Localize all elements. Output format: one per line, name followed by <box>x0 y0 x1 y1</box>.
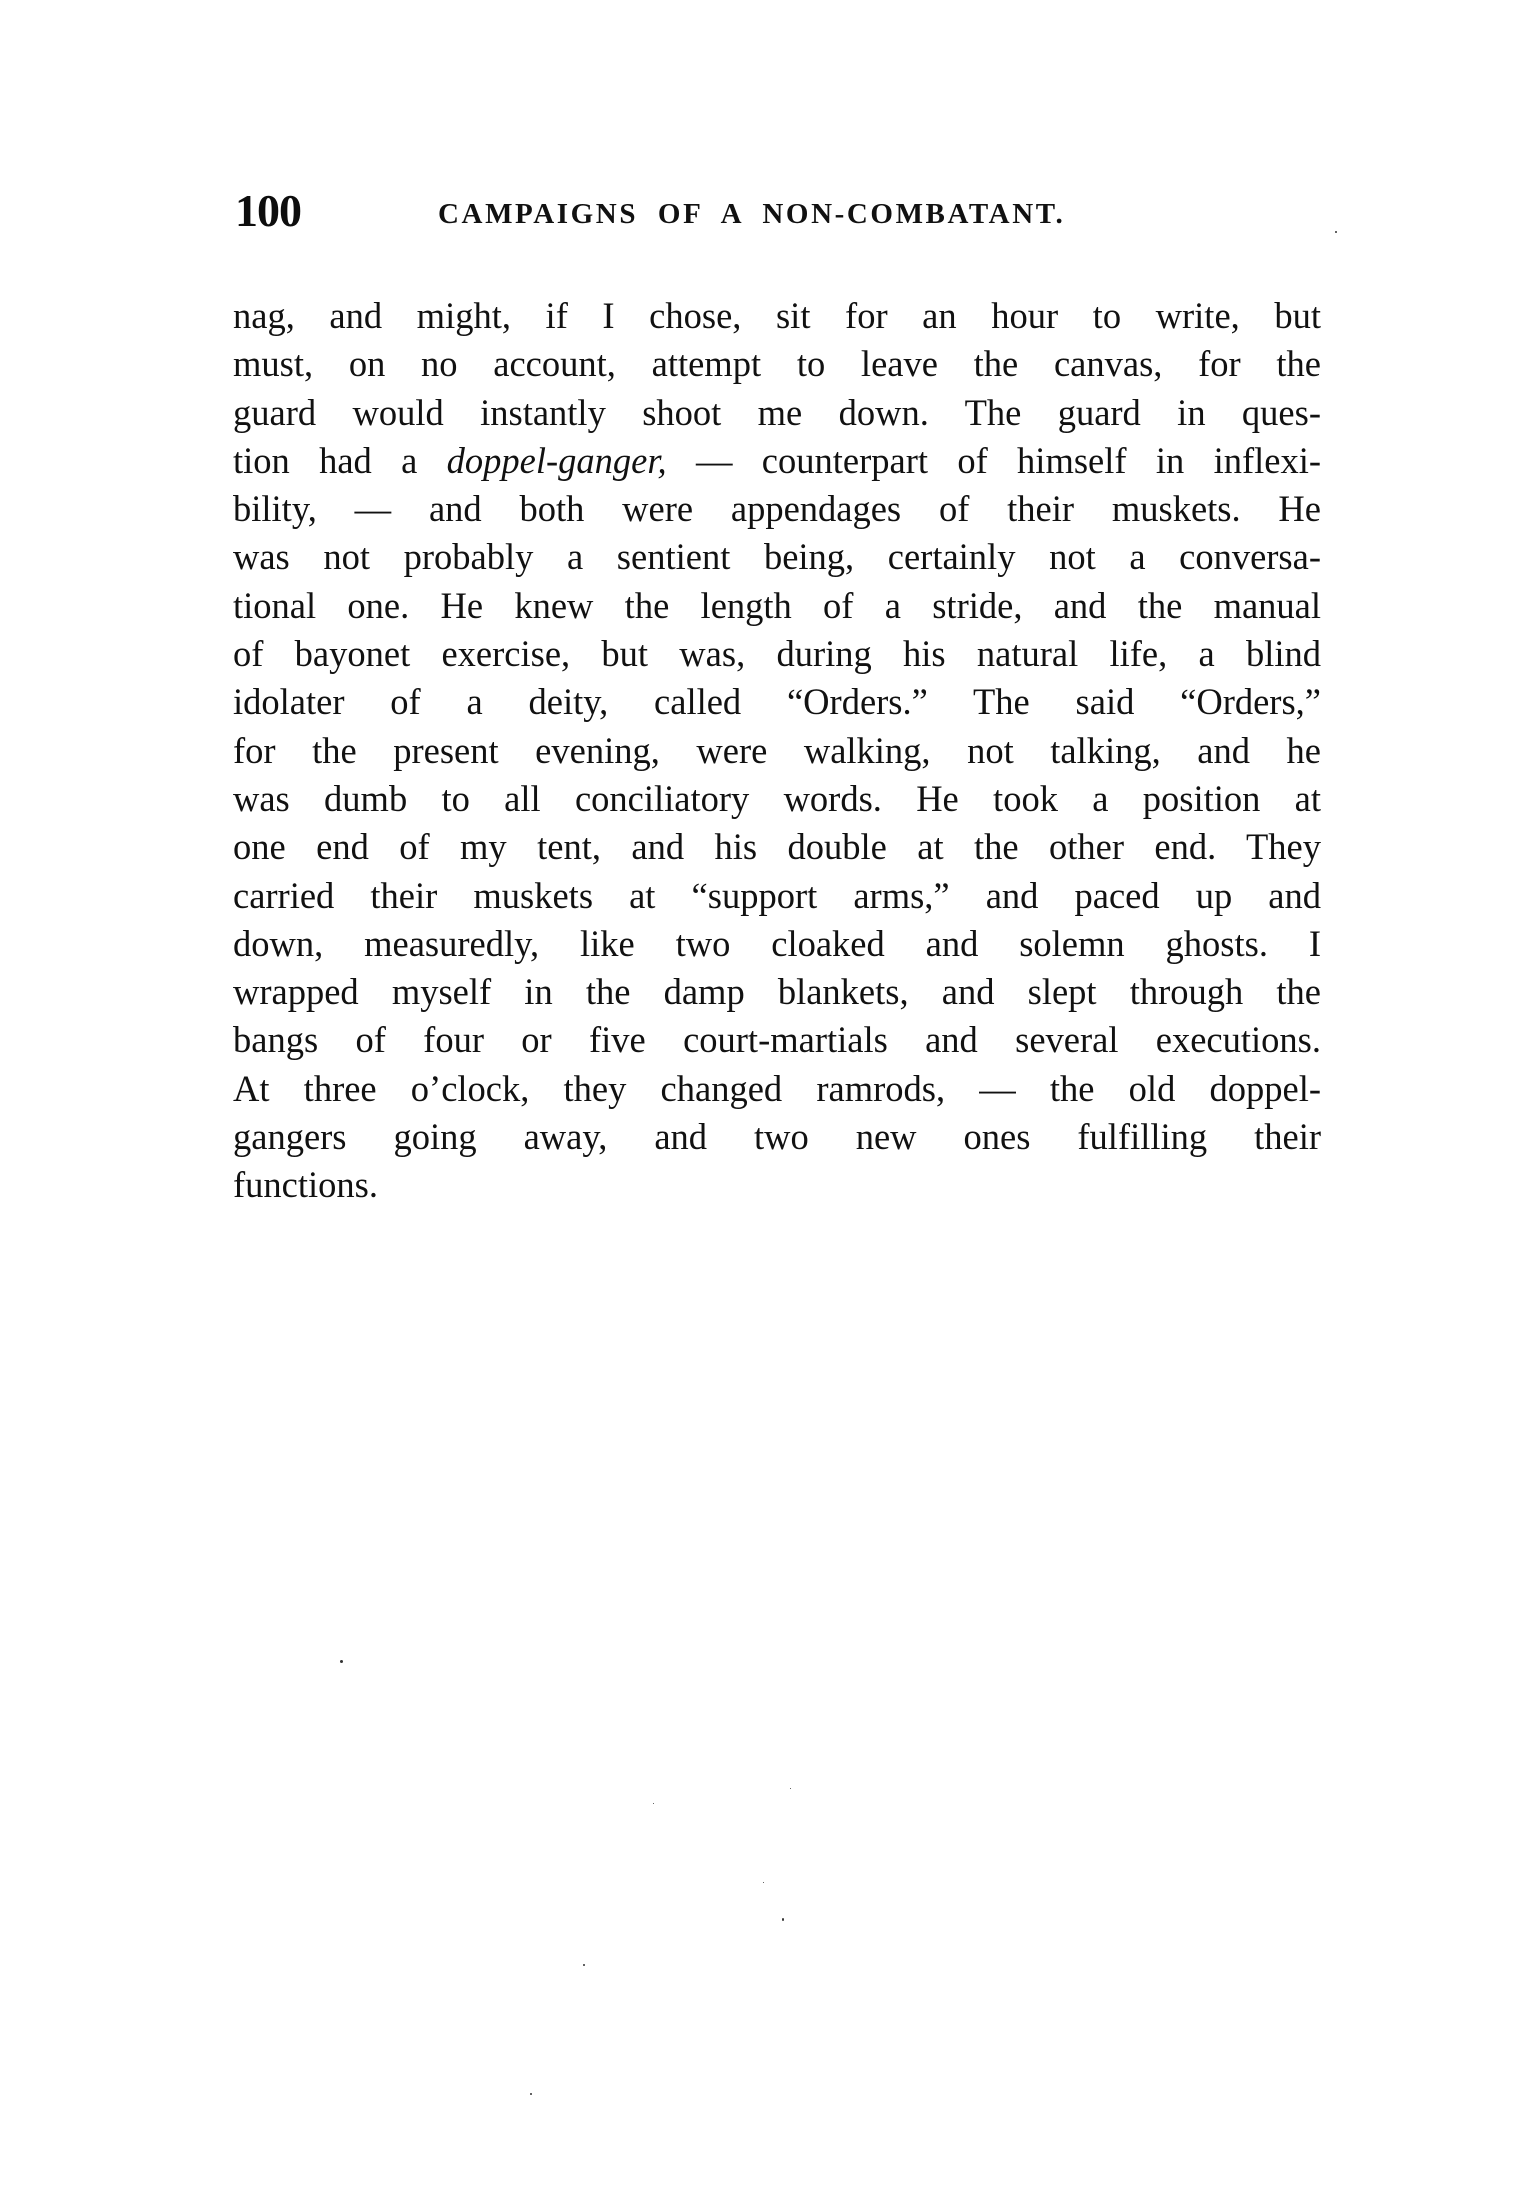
scan-speck <box>790 1788 791 1789</box>
text-line: one end of my tent, and his double at th… <box>233 823 1321 871</box>
text-line: tion had a doppel-ganger, — counterpart … <box>233 437 1321 485</box>
running-head: 100 CAMPAIGNS OF A NON-COMBATANT. <box>235 186 1105 236</box>
text-line: tional one. He knew the length of a stri… <box>233 582 1321 630</box>
text-line: of bayonet exercise, but was, during his… <box>233 630 1321 678</box>
scan-speck <box>583 1964 585 1966</box>
text-line: was dumb to all conciliatory words. He t… <box>233 775 1321 823</box>
scan-speck <box>653 1803 654 1804</box>
page-number: 100 <box>235 186 301 236</box>
scan-speck <box>340 1660 343 1663</box>
scan-speck <box>763 1882 764 1883</box>
scan-speck <box>782 1918 784 1921</box>
text-line: must, on no account, attempt to leave th… <box>233 340 1321 388</box>
scan-speck <box>1335 231 1337 233</box>
text-run: — counterpart of himself in inflexi- <box>667 440 1321 481</box>
text-line: wrapped myself in the damp blankets, and… <box>233 968 1321 1016</box>
text-line: guard would instantly shoot me down. The… <box>233 389 1321 437</box>
body-paragraph: nag, and might, if I chose, sit for an h… <box>233 292 1321 1210</box>
text-line: bangs of four or five court-martials and… <box>233 1016 1321 1064</box>
text-line: was not probably a sentient being, certa… <box>233 533 1321 581</box>
text-run: tion had a <box>233 440 447 481</box>
text-line: carried their muskets at “support arms,”… <box>233 872 1321 920</box>
italic-term: doppel-ganger, <box>447 440 667 481</box>
text-line: At three o’clock, they changed ramrods, … <box>233 1065 1321 1113</box>
text-line: idolater of a deity, called “Orders.” Th… <box>233 678 1321 726</box>
book-page: 100 CAMPAIGNS OF A NON-COMBATANT. nag, a… <box>0 0 1537 2197</box>
text-line: down, measuredly, like two cloaked and s… <box>233 920 1321 968</box>
text-line: gangers going away, and two new ones ful… <box>233 1113 1321 1161</box>
text-line: bility, — and both were appendages of th… <box>233 485 1321 533</box>
text-line: nag, and might, if I chose, sit for an h… <box>233 292 1321 340</box>
text-line: for the present evening, were walking, n… <box>233 727 1321 775</box>
text-line-last: functions. <box>233 1161 1321 1209</box>
scan-speck <box>530 2093 532 2095</box>
running-title: CAMPAIGNS OF A NON-COMBATANT. <box>438 194 1065 234</box>
